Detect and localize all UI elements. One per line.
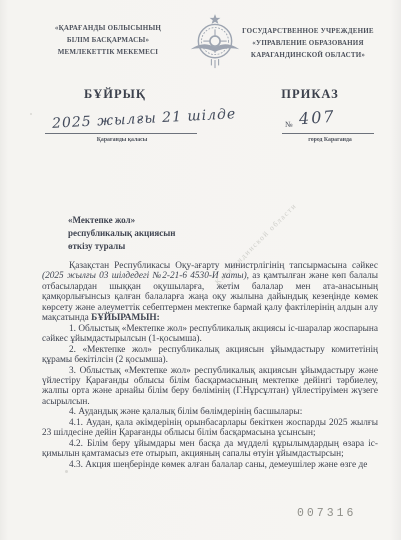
subject-line1: «Мектепке жол» (68, 214, 248, 227)
org-kk-line1: «ҚАРАҒАНДЫ ОБЛЫСЫНЫҢ (40, 22, 176, 34)
item-number: 4.1. (69, 418, 83, 428)
org-kk-line2: БІЛІМ БАСҚАРМАСЫ» (40, 34, 176, 46)
item-text: Аудан, қала әкімдерінің орынбасарлары бе… (42, 418, 378, 438)
order-number-handwritten: 407 (298, 107, 336, 129)
item-number: 4.2. (69, 439, 83, 449)
subject-line3: өткізу туралы (68, 240, 248, 253)
form-number-stamp: 007316 (297, 507, 356, 520)
item-number: 4. (69, 407, 76, 417)
scan-speckle (30, 113, 32, 115)
order-title-russian: ПРИКАЗ (250, 87, 370, 102)
item-number: 1. (69, 324, 76, 334)
item-text: Облыстық «Мектепке жол» республикалық ак… (42, 366, 378, 407)
order-date-handwritten: 2025 жылғы 21 шілде (52, 106, 237, 132)
order-item-3: 3. Облыстық «Мектепке жол» республикалық… (42, 366, 378, 408)
item-text: Облыстық «Мектепке жол» республикалық ак… (42, 324, 378, 344)
order-item-1: 1. Облыстық «Мектепке жол» республикалық… (42, 324, 378, 345)
item-text: «Мектепке жол» республикалық акциясын ұй… (42, 345, 378, 365)
item-text: Акция шеңберінде көмек алған балалар сан… (85, 460, 367, 470)
scanned-order-document: «ҚАРАҒАНДЫ ОБЛЫСЫНЫҢ БІЛІМ БАСҚАРМАСЫ» М… (0, 0, 401, 540)
order-subject: «Мектепке жол» республикалық акциясын өт… (68, 214, 248, 253)
org-ru-line3: КАРАГАНДИНСКОЙ ОБЛАСТИ» (242, 49, 374, 61)
intro-text-1: Қазақстан Республикасы Оқу-ағарту минист… (69, 261, 378, 271)
item-number: 4.3. (69, 460, 83, 470)
intro-paragraph: Қазақстан Республикасы Оқу-ағарту минист… (42, 261, 378, 324)
order-item-4-1: 4.1. Аудан, қала әкімдерінің орынбасарла… (42, 418, 378, 439)
org-kk-line3: МЕМЛЕКЕТТІК МЕКЕМЕСІ (40, 46, 176, 58)
intro-reference-italic: (2025 жылғы 03 шілдедегі №2-21-6 4530-И … (42, 271, 249, 281)
item-number: 3. (69, 366, 76, 376)
order-item-4-2: 4.2. Білім беру ұйымдары мен басқа да мү… (42, 439, 378, 460)
order-body: Қазақстан Республикасы Оқу-ағарту минист… (42, 261, 378, 470)
order-verb-bold: БҰЙЫРАМЫН: (91, 313, 160, 323)
item-text: Білім беру ұйымдары мен басқа да мүдделі… (42, 439, 378, 459)
order-item-4-3: 4.3. Акция шеңберінде көмек алған балала… (42, 460, 378, 470)
date-underline (45, 133, 197, 134)
order-title-kazakh: БҰЙРЫҚ (55, 87, 175, 102)
item-text: Аудандық және қалалық білім бөлімдерінің… (78, 407, 302, 417)
org-ru-line2: «УПРАВЛЕНИЕ ОБРАЗОВАНИЯ (242, 37, 374, 49)
scan-speckle (65, 470, 68, 473)
number-sign-label: № (285, 120, 293, 129)
org-name-russian: ГОСУДАРСТВЕННОЕ УЧРЕЖДЕНИЕ «УПРАВЛЕНИЕ О… (242, 25, 374, 61)
order-item-4: 4. Аудандық және қалалық білім бөлімдері… (42, 407, 378, 417)
org-ru-line1: ГОСУДАРСТВЕННОЕ УЧРЕЖДЕНИЕ (242, 25, 374, 37)
order-item-2: 2. «Мектепке жол» республикалық акциясын… (42, 345, 378, 366)
item-number: 2. (69, 345, 76, 355)
kazakhstan-coat-of-arms-icon (188, 13, 242, 71)
org-name-kazakh: «ҚАРАҒАНДЫ ОБЛЫСЫНЫҢ БІЛІМ БАСҚАРМАСЫ» М… (40, 22, 176, 58)
subject-line2: республикалық акциясын (68, 227, 248, 240)
place-kazakh-label: Қарағанды қаласы (62, 137, 182, 143)
